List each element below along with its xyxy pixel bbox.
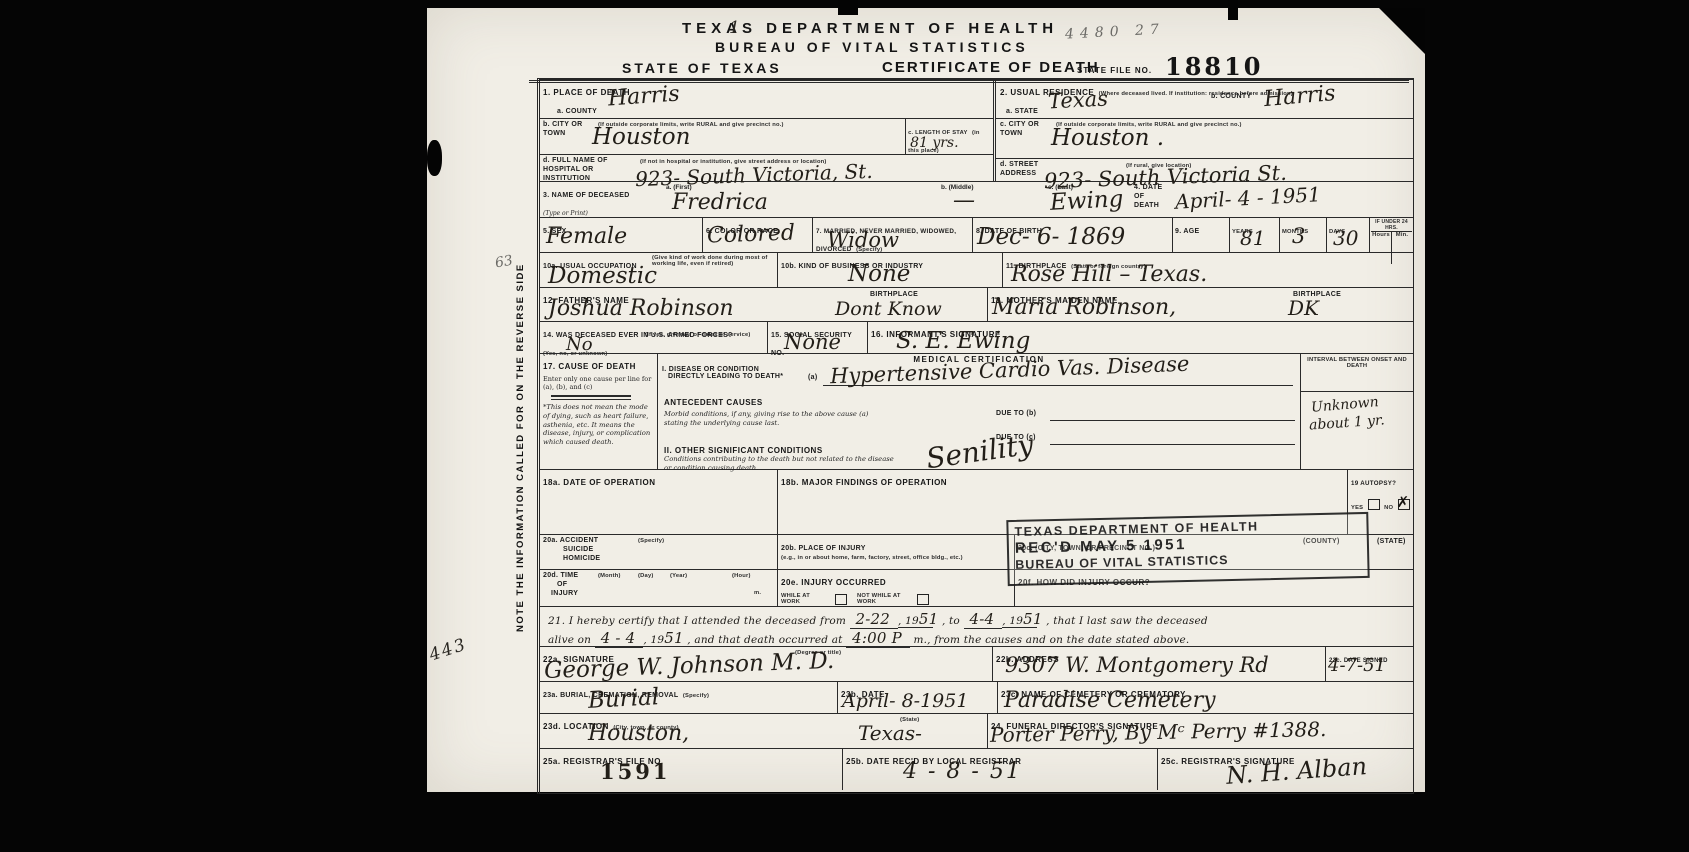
injury-state-label: (STATE): [1377, 538, 1406, 547]
cert-year-1: 51: [919, 610, 939, 628]
not-while-at-work-checkbox: [917, 594, 929, 605]
row-occupation-birthplace: 10a. USUAL OCCUPATION (Give kind of work…: [540, 253, 1413, 288]
state-file-no-label: STATE FILE NO.: [1077, 66, 1152, 75]
occupation-hint: (Give kind of work done during most of w…: [652, 255, 772, 267]
cause-note2: *This does not mean the mode of dying, s…: [543, 403, 651, 447]
burial-type-hint: (Specify): [683, 693, 709, 699]
cause-note1: Enter only one cause per line for (a), (…: [543, 375, 654, 392]
registrar-file-cell: 25a. REGISTRAR'S FILE NO. 1591: [540, 749, 843, 790]
cemetery-value: Paradise Cemetery: [1004, 690, 1216, 712]
time-of-injury-label-3: INJURY: [551, 590, 774, 599]
margin-mark-bottom-left: 443: [427, 635, 470, 666]
cert-attended-to: 4-4: [964, 610, 1003, 629]
injury-year-label: (Year): [670, 573, 687, 579]
marital-cell: 7. MARRIED, NEVER MARRIED, WIDOWED, DIVO…: [813, 218, 973, 252]
interval-cell: INTERVAL BETWEEN ONSET AND DEATH Unknown…: [1301, 354, 1413, 469]
section-place-of-death: 1. PLACE OF DEATH a. COUNTY Harris b. CI…: [540, 80, 993, 181]
injury-day-label: (Day): [638, 573, 654, 579]
registrar-signature-cell: 25c. REGISTRAR'S SIGNATURE N. H. Alban: [1158, 749, 1413, 790]
cert-text-5a: , that I last saw the deceased: [1046, 615, 1208, 627]
not-while-at-work-label: NOT WHILE AT WORK: [857, 593, 907, 605]
accident-cell: 20a. ACCIDENT SUICIDE HOMICIDE (Specify): [540, 535, 778, 569]
row-parents: 12. FATHER'S NAME BIRTHPLACE Joshua Robi…: [540, 288, 1413, 322]
business-value: None: [848, 263, 910, 286]
autopsy-yes-checkbox: [1368, 499, 1380, 510]
place-of-injury-label: 20b. PLACE OF INJURY: [781, 545, 866, 552]
row-sex-race-age: 5. SEX Female 6. COLOR OR RACE Colored 7…: [540, 218, 1413, 253]
other-conditions-value: Senility: [925, 431, 1036, 474]
burial-type-value: Burial: [587, 686, 659, 713]
cert-year-3: 51: [664, 629, 684, 647]
dob-value: Dec- 6- 1869: [977, 226, 1125, 249]
age-months-value: 3: [1292, 226, 1305, 247]
marital-value: Widow: [827, 230, 899, 251]
middle-name-value: —: [953, 190, 975, 212]
date-signed-cell: 22c. DATE SIGNED 4-7-51: [1326, 647, 1413, 681]
informant-cell: 16. INFORMANT'S SIGNATURE S. E. Ewing: [868, 322, 1413, 353]
certificate-title: CERTIFICATE OF DEATH: [882, 59, 1100, 76]
birthplace-cell: 11. BIRTHPLACE (State or foreign country…: [1003, 253, 1413, 287]
registrar-file-value: 1591: [600, 761, 670, 782]
cemetery-cell: 23c. NAME OF CEMETERY OR CREMATORY Parad…: [998, 682, 1413, 713]
funeral-director-value: Porter Perry, By Mᶜ Perry #1388.: [990, 719, 1327, 745]
section-usual-residence: 2. USUAL RESIDENCE (Where deceased lived…: [993, 80, 1413, 181]
funeral-director-cell: 24. FUNERAL DIRECTOR'S SIGNATURE Porter …: [988, 714, 1413, 748]
burial-date-value: April- 8-1951: [842, 692, 968, 711]
residence-county-label: b. COUNTY: [1211, 93, 1251, 102]
occupation-value: Domestic: [548, 265, 657, 288]
registrar-date-value: 4 - 8 - 51: [903, 761, 1022, 783]
county-label: a. COUNTY: [557, 108, 597, 115]
cause-instructions-cell: 17. CAUSE OF DEATH Enter only one cause …: [540, 354, 658, 469]
row-cause-of-death: 17. CAUSE OF DEATH Enter only one cause …: [540, 354, 1413, 470]
mother-name-value: Maria Robinson,: [992, 297, 1176, 319]
injury-occurred-label: 20e. INJURY OCCURRED: [781, 578, 886, 587]
burial-location-state-value: Texas-: [858, 723, 922, 743]
accident-label-3: HOMICIDE: [563, 555, 774, 564]
burial-date-cell: 23b. DATE April- 8-1951: [838, 682, 998, 713]
last-name-value: Ewing: [1049, 188, 1123, 215]
date-of-operation-cell: 18a. DATE OF OPERATION: [540, 470, 778, 534]
time-of-injury-label-2: OF: [557, 581, 774, 590]
autopsy-no-checkbox: ✗: [1398, 499, 1410, 510]
margin-mark-top-right: 4480 27: [1065, 21, 1166, 42]
armed-forces-hint2: (If yes, give war or dates of service): [645, 332, 751, 338]
major-findings-label: 18b. MAJOR FINDINGS OF OPERATION: [781, 478, 947, 487]
age-years-value: 81: [1240, 228, 1265, 248]
interval-value-1: Unknown: [1311, 395, 1380, 415]
father-cell: 12. FATHER'S NAME BIRTHPLACE Joshua Robi…: [540, 288, 988, 321]
race-cell: 6. COLOR OR RACE Colored: [703, 218, 813, 252]
certificate-form: 1. PLACE OF DEATH a. COUNTY Harris b. CI…: [537, 78, 1414, 794]
scan-notch-top-right: [1228, 0, 1238, 20]
armed-forces-value: No: [566, 336, 593, 354]
business-cell: 10b. KIND OF BUSINESS OR INDUSTRY None: [778, 253, 1003, 287]
residence-state-label: a. STATE: [1006, 108, 1038, 115]
scan-blotch-left: [427, 140, 442, 176]
cert-text-7: , and that death occurred at: [687, 634, 842, 646]
state-file-no-value: 18810: [1165, 52, 1264, 81]
injury-occurred-cell: 20e. INJURY OCCURRED WHILE AT WORK NOT W…: [778, 570, 1015, 606]
sex-cell: 5. SEX Female: [540, 218, 703, 252]
residence-city-value: Houston .: [1051, 127, 1164, 150]
race-value: Colored: [707, 222, 796, 247]
cert-text-5b: alive on: [548, 634, 591, 646]
sex-value: Female: [546, 226, 627, 248]
autopsy-yes-label: YES: [1351, 505, 1363, 511]
medical-certification-cell: MEDICAL CERTIFICATION I. DISEASE OR COND…: [658, 354, 1301, 469]
date-of-death-value: April- 4 - 1951: [1175, 184, 1322, 212]
physician-signature-cell: 22a. SIGNATURE (Degree or title) George …: [540, 647, 993, 681]
age-days-value: 30: [1333, 228, 1358, 248]
accident-label-2: SUICIDE: [563, 546, 774, 555]
disease-a-tag: (a): [808, 374, 817, 383]
while-at-work-checkbox: [835, 594, 847, 605]
certificate-paper: TEXAS DEPARTMENT OF HEALTH BUREAU OF VIT…: [427, 8, 1425, 792]
father-birthplace-value: Dont Know: [835, 300, 942, 319]
first-name-value: Fredrica: [672, 192, 768, 214]
injury-hour-label: (Hour): [732, 573, 751, 579]
birthplace-value: Rose Hill – Texas.: [1011, 264, 1207, 286]
header-bureau: BUREAU OF VITAL STATISTICS: [715, 39, 1029, 55]
autopsy-label: 19 AUTOPSY?: [1351, 480, 1410, 488]
row-registrar: 25a. REGISTRAR'S FILE NO. 1591 25b. DATE…: [540, 749, 1413, 790]
city-of-death-value: Houston: [592, 126, 690, 149]
header-state-of-texas: STATE OF TEXAS: [622, 60, 782, 76]
row-physician: 22a. SIGNATURE (Degree or title) George …: [540, 647, 1413, 682]
name-label-hint: (Type or Print): [543, 210, 588, 217]
cert-last-alive: 4 - 4: [595, 629, 644, 648]
antecedent-label: ANTECEDENT CAUSES: [664, 398, 763, 408]
father-name-value: Joshua Robinson: [548, 298, 734, 320]
row-armed-ssn-informant: 14. WAS DECEASED EVER IN U.S. ARMED FORC…: [540, 322, 1413, 354]
length-of-stay-value: 81 yrs.: [910, 136, 959, 150]
residence-county-value: Harris: [1263, 83, 1336, 111]
mother-cell: 13. MOTHER'S MAIDEN NAME BIRTHPLACE Mari…: [988, 288, 1413, 321]
row-burial: 23a. BURIAL, CREMATION, REMOVAL (Specify…: [540, 682, 1413, 714]
physician-address-value: 9307 W. Montgomery Rd: [1005, 655, 1269, 676]
cause-of-death-label: 17. CAUSE OF DEATH: [543, 362, 636, 371]
accident-hint: (Specify): [638, 538, 664, 544]
informant-signature-value: S. E. Ewing: [896, 330, 1030, 353]
age-label: 9. AGE: [1175, 228, 1200, 235]
cert-death-time: 4:00 P: [846, 629, 910, 648]
disease-label-2: DIRECTLY LEADING TO DEATH*: [668, 373, 783, 382]
burial-location-city-value: Houston,: [588, 723, 689, 745]
autopsy-no-checkmark: ✗: [1397, 493, 1410, 511]
registrar-date-cell: 25b. DATE REC'D BY LOCAL REGISTRAR 4 - 8…: [843, 749, 1158, 790]
reverse-side-note: NOTE THE INFORMATION CALLED FOR ON THE R…: [515, 158, 530, 632]
interval-label: INTERVAL BETWEEN ONSET AND DEATH: [1301, 354, 1413, 369]
mother-birthplace-value: DK: [1288, 298, 1319, 318]
injury-m-label: m.: [754, 590, 761, 596]
age-cell: 9. AGE YEARS 81 MONTHS 3 DAYS 30: [1173, 218, 1413, 252]
date-of-operation-label: 18a. DATE OF OPERATION: [543, 478, 656, 487]
cert-year-2: 51: [1023, 610, 1043, 628]
physician-address-cell: 22b. ADDRESS 9307 W. Montgomery Rd: [993, 647, 1326, 681]
row-location-funeral: 23d. LOCATION (City, town, or county) (S…: [540, 714, 1413, 749]
while-at-work-label: WHILE AT WORK: [781, 593, 825, 605]
autopsy-no-label: NO: [1384, 505, 1393, 511]
ssn-cell: 15. SOCIAL SECURITY NO. None: [768, 322, 868, 353]
place-of-injury-hint: (e.g., in or about home, farm, factory, …: [781, 555, 981, 561]
scan-notch-top-center: [838, 0, 858, 15]
hospital-label: d. FULL NAME OF HOSPITAL OR INSTITUTION: [543, 157, 635, 183]
injury-month-label: (Month): [598, 573, 621, 579]
name-label: 3. NAME OF DECEASED: [543, 192, 630, 199]
occupation-cell: 10a. USUAL OCCUPATION (Give kind of work…: [540, 253, 778, 287]
residence-city-label: c. CITY OR TOWN: [1000, 121, 1042, 139]
interval-value-2: about 1 yr.: [1309, 413, 1385, 432]
ssn-value: None: [784, 332, 841, 353]
due-to-b-label: DUE TO (b): [996, 410, 1036, 419]
dob-cell: 8. DATE OF BIRTH Dec- 6- 1869: [973, 218, 1173, 252]
received-stamp: TEXAS DEPARTMENT OF HEALTH REC'D MAY 5 1…: [1006, 512, 1369, 586]
date-signed-value: 4-7-51: [1328, 657, 1386, 675]
cert-text-3: , to: [942, 615, 960, 627]
row-place-residence: 1. PLACE OF DEATH a. COUNTY Harris b. CI…: [540, 80, 1413, 182]
margin-mark-left: 63: [494, 253, 514, 272]
cert-text-8: m., from the causes and on the date stat…: [913, 634, 1189, 646]
age-under24-label: IF UNDER 24 HRS.: [1371, 219, 1412, 231]
time-of-injury-cell: 20d. TIME OF INJURY (Month) (Day) (Year)…: [540, 570, 778, 606]
burial-type-cell: 23a. BURIAL, CREMATION, REMOVAL (Specify…: [540, 682, 838, 713]
margin-mark-top: 1: [729, 18, 740, 38]
scanned-death-certificate: TEXAS DEPARTMENT OF HEALTH BUREAU OF VIT…: [0, 0, 1689, 852]
place-of-injury-cell: 20b. PLACE OF INJURY (e.g., in or about …: [778, 535, 1015, 569]
cert-text-1: 21. I hereby certify that I attended the…: [548, 615, 846, 627]
cert-attended-from: 2-22: [850, 610, 899, 629]
armed-forces-cell: 14. WAS DECEASED EVER IN U.S. ARMED FORC…: [540, 322, 768, 353]
paper-corner-tear: [1379, 8, 1425, 54]
burial-location-cell: 23d. LOCATION (City, town, or county) (S…: [540, 714, 988, 748]
residence-state-value: Texas: [1047, 88, 1108, 112]
row-certification: 21. I hereby certify that I attended the…: [540, 607, 1413, 647]
certification-paragraph: 21. I hereby certify that I attended the…: [548, 611, 1405, 649]
county-of-death-value: Harris: [607, 84, 680, 111]
morbid-hint: Morbid conditions, if any, giving rise t…: [664, 410, 889, 428]
city-label: b. CITY OR TOWN: [543, 121, 583, 139]
